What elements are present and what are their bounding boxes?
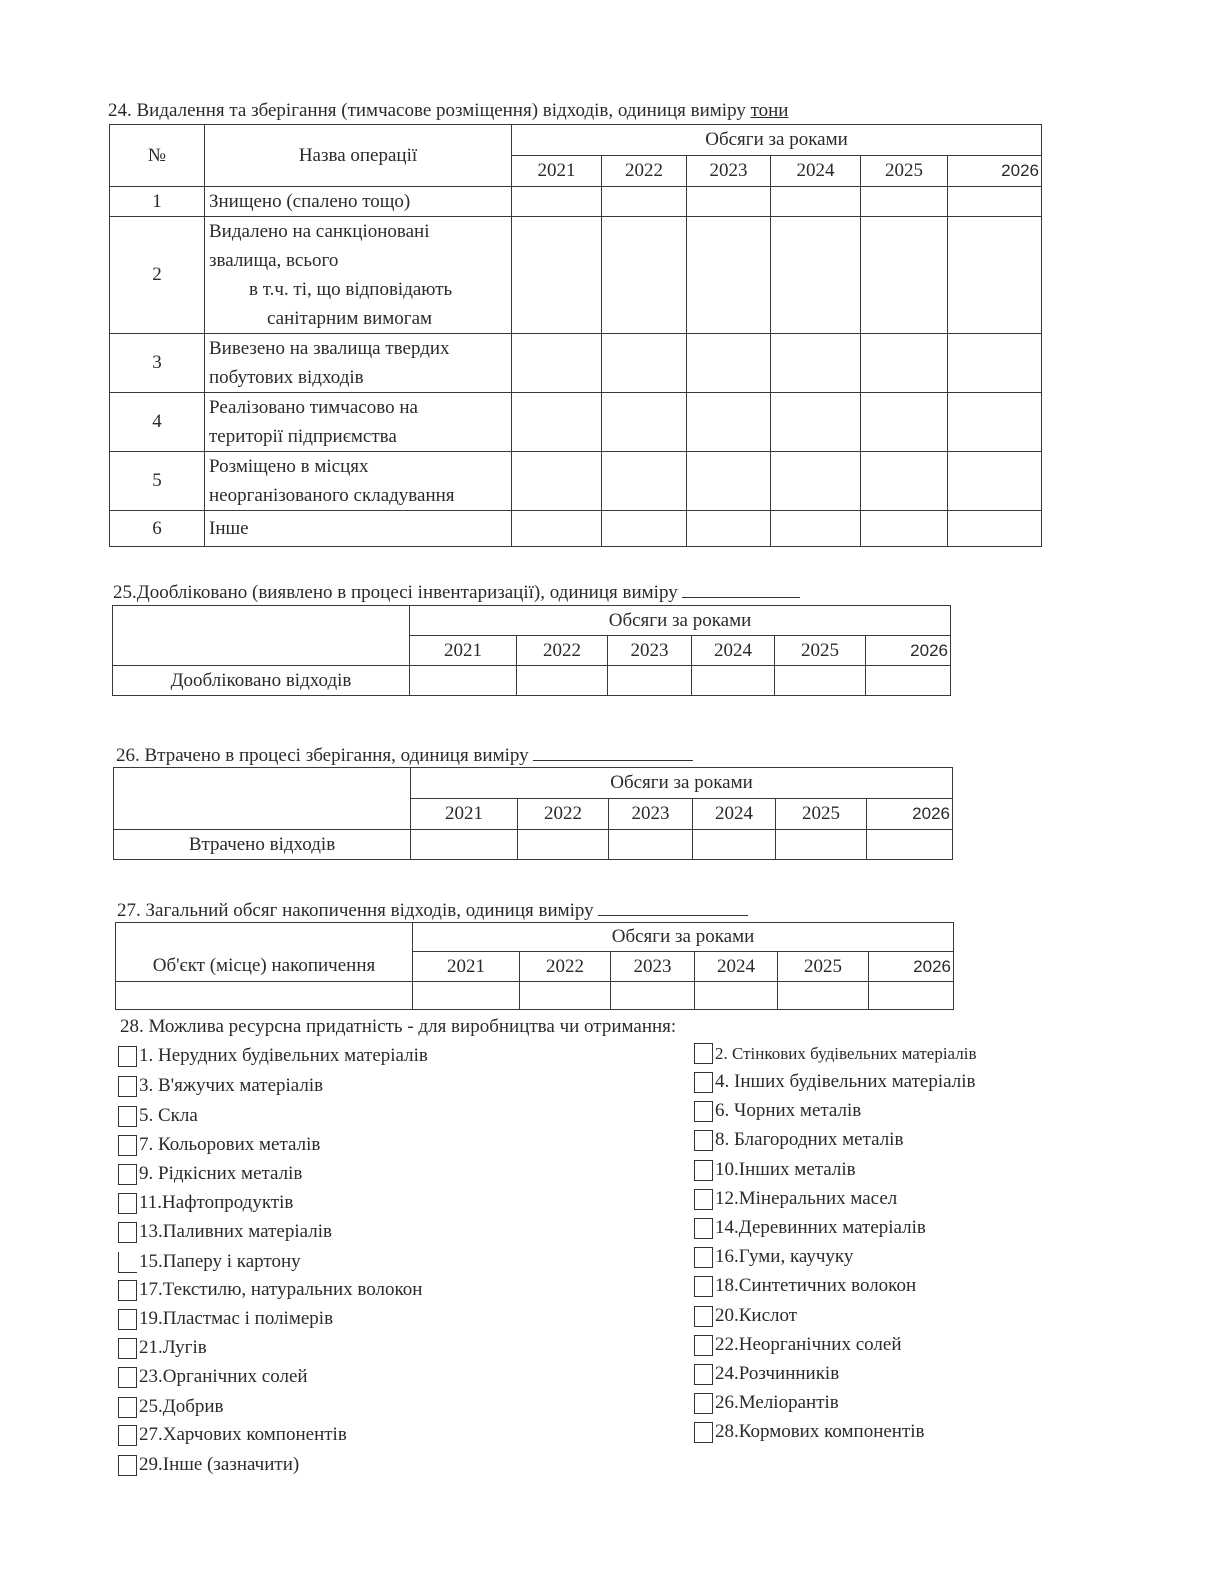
checkbox-item[interactable]: 5. Скла [118,1105,198,1127]
year-header-2025: 2025 [778,952,869,982]
operation-name-line: неорганізованого складування [209,481,511,510]
section-25-title-text: 25.Дообліковано (виявлено в процесі інве… [113,582,678,603]
checkbox-item[interactable]: 11.Нафтопродуктів [118,1192,293,1214]
year-header-2026: 2026 [948,156,1042,187]
checkbox-label: 1. Нерудних будівельних матеріалів [139,1045,428,1067]
row-number: 4 [110,393,205,452]
checkbox-label: 5. Скла [139,1105,198,1127]
section-27-table: Об'єкт (місце) накопичення Обсяги за рок… [115,922,954,1010]
checkbox-item[interactable]: 1. Нерудних будівельних матеріалів [118,1045,428,1067]
value-cell-2022[interactable] [602,393,687,452]
operation-name-line: Розміщено в місцях [209,452,511,481]
empty-header-cell [114,768,411,830]
checkbox-label: 21.Лугів [139,1337,207,1359]
checkbox[interactable] [118,1367,137,1388]
checkbox-item[interactable]: 18.Синтетичних волокон [694,1275,916,1297]
year-header-2025: 2025 [861,156,948,187]
checkbox-item[interactable]: 3. В'яжучих матеріалів [118,1075,323,1097]
checkbox-item[interactable]: 27.Харчових компонентів [118,1424,347,1446]
checkbox-label: 15.Паперу і картону [139,1251,301,1273]
checkbox[interactable] [118,1164,137,1185]
value-cell-2022[interactable] [602,187,687,217]
column-header-volumes: Обсяги за роками [512,125,1042,156]
checkbox-item[interactable]: 20.Кислот [694,1305,797,1327]
checkbox-item[interactable]: 8. Благородних металів [694,1129,903,1151]
checkbox-label: 7. Кольорових металів [139,1134,320,1156]
checkbox-label: 10.Інших металів [715,1159,856,1181]
checkbox-label: 26.Меліорантів [715,1392,839,1414]
column-header-volumes: Обсяги за роками [410,606,951,636]
checkbox[interactable] [694,1189,713,1210]
year-header-2025: 2025 [776,799,867,830]
operation-name: Видалено на санкціонованізвалища, всього… [205,217,512,334]
table-row: 3Вивезено на звалища твердихпобутових ві… [110,334,1042,393]
value-cell-2021[interactable] [410,666,517,696]
checkbox-item[interactable]: 6. Чорних металів [694,1100,861,1122]
value-cell-2023[interactable] [687,393,771,452]
row-number: 1 [110,187,205,217]
year-header-2023: 2023 [687,156,771,187]
checkbox[interactable] [694,1393,713,1414]
value-cell-2026[interactable] [948,187,1042,217]
row-label: Дообліковано відходів [113,666,410,696]
value-cell-2025[interactable] [776,830,867,860]
checkbox-item[interactable]: 22.Неорганічних солей [694,1334,901,1356]
checkbox-label: 19.Пластмас і полімерів [139,1308,333,1330]
operation-name: Вивезено на звалища твердихпобутових від… [205,334,512,393]
section-27-title-text: 27. Загальний обсяг накопичення відходів… [117,900,594,921]
checkbox-item[interactable]: 17.Текстилю, натуральних волокон [118,1279,422,1301]
value-cell-2023[interactable] [687,217,771,334]
checkbox-item[interactable]: 12.Мінеральних масел [694,1188,897,1210]
value-cell-2025[interactable] [861,393,948,452]
checkbox-item[interactable]: 2. Стінкових будівельних матеріалів [694,1043,976,1064]
checkbox-item[interactable]: 19.Пластмас і полімерів [118,1308,333,1330]
checkbox-label: 18.Синтетичних волокон [715,1275,916,1297]
checkbox[interactable] [694,1335,713,1356]
checkbox[interactable] [694,1043,713,1064]
year-header-2021: 2021 [410,636,517,666]
section-24-table: № Назва операції Обсяги за роками 202120… [109,124,1042,547]
unit-blank-field[interactable] [533,759,693,761]
checkbox[interactable] [694,1130,713,1151]
row-label: Втрачено відходів [114,830,411,860]
value-cell-2025[interactable] [861,217,948,334]
year-header-2021: 2021 [512,156,602,187]
checkbox-item[interactable]: 21.Лугів [118,1337,207,1359]
checkbox-label: 14.Деревинних матеріалів [715,1217,926,1239]
checkbox[interactable] [118,1222,137,1243]
value-cell-2021[interactable] [512,334,602,393]
year-header-2023: 2023 [611,952,695,982]
value-cell-2022[interactable] [602,452,687,511]
section-26-title-text: 26. Втрачено в процесі зберігання, одини… [116,745,529,766]
operation-name-line: санітарним вимогам [209,304,511,333]
checkbox[interactable] [118,1455,137,1476]
checkbox-item[interactable]: 26.Меліорантів [694,1392,839,1414]
year-header-2022: 2022 [517,636,608,666]
operation-name-line: території підприємства [209,422,511,451]
column-header-operation: Назва операції [205,125,512,187]
table-row: 2Видалено на санкціонованізвалища, всьог… [110,217,1042,334]
checkbox-label: 23.Органічних солей [139,1366,308,1388]
row-number: 5 [110,452,205,511]
checkbox[interactable] [694,1364,713,1385]
checkbox-label: 17.Текстилю, натуральних волокон [139,1279,422,1301]
operation-name-line: Видалено на санкціоновані [209,217,511,246]
checkbox-label: 16.Гуми, каучуку [715,1246,853,1268]
operation-name: Інше [205,511,512,547]
value-cell-2024[interactable] [771,452,861,511]
table-row: 4Реалізовано тимчасово натериторії підпр… [110,393,1042,452]
checkbox[interactable] [694,1160,713,1181]
row-number: 2 [110,217,205,334]
operation-name: Знищено (спалено тощо) [205,187,512,217]
value-cell-2025[interactable] [861,187,948,217]
operation-name-line: Вивезено на звалища твердих [209,334,511,363]
checkbox[interactable] [118,1280,137,1301]
checkbox[interactable] [118,1046,137,1067]
checkbox-label: 4. Інших будівельних матеріалів [715,1071,975,1093]
checkbox[interactable] [694,1218,713,1239]
table-row: 6Інше [110,511,1042,547]
value-cell-2023[interactable] [687,334,771,393]
checkbox-item[interactable]: 24.Розчинників [694,1363,839,1385]
checkbox[interactable] [118,1425,137,1446]
section-24-title: 24. Видалення та зберігання (тимчасове р… [108,100,788,122]
value-cell-2026[interactable] [867,830,953,860]
year-header-2024: 2024 [692,636,775,666]
year-header-2024: 2024 [771,156,861,187]
year-header-2024: 2024 [693,799,776,830]
value-cell-2023[interactable] [611,982,695,1010]
checkbox-item[interactable]: 14.Деревинних матеріалів [694,1217,926,1239]
value-cell-2026[interactable] [948,217,1042,334]
column-header-volumes: Обсяги за роками [411,768,953,799]
checkbox-label: 6. Чорних металів [715,1100,861,1122]
year-header-2023: 2023 [609,799,693,830]
value-cell-2026[interactable] [948,334,1042,393]
year-header-2026: 2026 [867,799,953,830]
year-header-2024: 2024 [695,952,778,982]
unit-blank-field[interactable] [682,596,800,598]
checkbox-label: 9. Рідкісних металів [139,1163,302,1185]
checkbox-item[interactable]: 29.Інше (зазначити) [118,1454,299,1476]
section-26-title: 26. Втрачено в процесі зберігання, одини… [116,745,693,767]
operation-name-line: Інше [209,514,511,543]
value-cell-2026[interactable] [869,982,954,1010]
value-cell-2022[interactable] [602,511,687,547]
value-cell-2026[interactable] [948,511,1042,547]
value-cell-2023[interactable] [608,666,692,696]
checkbox[interactable] [118,1106,137,1127]
checkbox-label: 28.Кормових компонентів [715,1421,925,1443]
checkbox[interactable] [694,1422,713,1443]
section-25-title: 25.Дообліковано (виявлено в процесі інве… [113,582,800,604]
section-25-table: Обсяги за роками 20212022202320242025202… [112,605,951,696]
checkbox[interactable] [118,1252,137,1273]
year-header-2021: 2021 [413,952,520,982]
year-header-2022: 2022 [602,156,687,187]
operation-name-line: Знищено (спалено тощо) [209,187,511,216]
value-cell-2026[interactable] [948,393,1042,452]
value-cell-2021[interactable] [512,452,602,511]
checkbox-label: 25.Добрив [139,1396,224,1418]
value-cell-2024[interactable] [771,393,861,452]
checkbox-item[interactable]: 16.Гуми, каучуку [694,1246,853,1268]
checkbox[interactable] [118,1338,137,1359]
unit-blank-field[interactable] [598,914,748,916]
value-cell-2025[interactable] [775,666,866,696]
column-header-volumes: Обсяги за роками [413,923,954,952]
operation-name-line: побутових відходів [209,363,511,392]
table-row: 5Розміщено в місцяхнеорганізованого скла… [110,452,1042,511]
checkbox-item[interactable]: 10.Інших металів [694,1159,856,1181]
value-cell-2023[interactable] [687,452,771,511]
checkbox-label: 22.Неорганічних солей [715,1334,901,1356]
checkbox-item[interactable]: 13.Паливних матеріалів [118,1221,332,1243]
value-cell-2026[interactable] [948,452,1042,511]
checkbox-item[interactable]: 28.Кормових компонентів [694,1421,925,1443]
checkbox[interactable] [118,1309,137,1330]
checkbox-label: 2. Стінкових будівельних матеріалів [715,1044,976,1064]
section-27-title: 27. Загальний обсяг накопичення відходів… [117,900,748,922]
checkbox-item[interactable]: 9. Рідкісних металів [118,1163,302,1185]
empty-header-cell [113,606,410,666]
value-cell-2021[interactable] [512,393,602,452]
year-header-2022: 2022 [520,952,611,982]
checkbox[interactable] [694,1101,713,1122]
value-cell-2022[interactable] [518,830,609,860]
operation-name: Реалізовано тимчасово натериторії підпри… [205,393,512,452]
operation-name-line: в т.ч. ті, що відповідають [209,275,511,304]
value-cell-2021[interactable] [512,217,602,334]
checkbox-label: 12.Мінеральних масел [715,1188,897,1210]
checkbox-item[interactable]: 4. Інших будівельних матеріалів [694,1071,975,1093]
checkbox-item[interactable]: 25.Добрив [118,1396,224,1418]
year-header-2026: 2026 [869,952,954,982]
checkbox-label: 3. В'яжучих матеріалів [139,1075,323,1097]
value-cell-2024[interactable] [695,982,778,1010]
checkbox-item[interactable]: 15.Паперу і картону [118,1251,301,1273]
value-cell-2025[interactable] [861,452,948,511]
value-cell-2024[interactable] [771,187,861,217]
value-cell-2023[interactable] [687,511,771,547]
value-cell-2025[interactable] [778,982,869,1010]
checkbox-label: 11.Нафтопродуктів [139,1192,293,1214]
checkbox[interactable] [694,1072,713,1093]
value-cell-2022[interactable] [517,666,608,696]
checkbox[interactable] [694,1306,713,1327]
value-cell-2021[interactable] [411,830,518,860]
value-cell-2024[interactable] [692,666,775,696]
value-cell-2024[interactable] [693,830,776,860]
value-cell-2021[interactable] [512,187,602,217]
value-cell-2021[interactable] [413,982,520,1010]
checkbox[interactable] [694,1247,713,1268]
column-header-no: № [110,125,205,187]
operation-name: Розміщено в місцяхнеорганізованого склад… [205,452,512,511]
checkbox[interactable] [694,1276,713,1297]
column-header-object: Об'єкт (місце) накопичення [116,923,413,982]
value-cell-2022[interactable] [602,334,687,393]
value-cell-2024[interactable] [771,217,861,334]
year-header-2026: 2026 [866,636,951,666]
checkbox-item[interactable]: 7. Кольорових металів [118,1134,320,1156]
table-row: 1Знищено (спалено тощо) [110,187,1042,217]
value-cell-2023[interactable] [609,830,693,860]
checkbox[interactable] [118,1193,137,1214]
value-cell-2026[interactable] [866,666,951,696]
value-cell-2022[interactable] [602,217,687,334]
value-cell-2024[interactable] [771,334,861,393]
row-number: 3 [110,334,205,393]
year-header-2025: 2025 [775,636,866,666]
checkbox-label: 13.Паливних матеріалів [139,1221,332,1243]
section-28-title: 28. Можлива ресурсна придатність - для в… [120,1016,676,1038]
value-cell-2024[interactable] [771,511,861,547]
value-cell-2021[interactable] [512,511,602,547]
checkbox[interactable] [118,1076,137,1097]
value-cell-2025[interactable] [861,334,948,393]
year-header-2022: 2022 [518,799,609,830]
section-26-table: Обсяги за роками 20212022202320242025202… [113,767,953,860]
value-cell-2023[interactable] [687,187,771,217]
year-header-2023: 2023 [608,636,692,666]
checkbox-label: 8. Благородних металів [715,1129,903,1151]
checkbox-item[interactable]: 23.Органічних солей [118,1366,308,1388]
value-cell-2022[interactable] [520,982,611,1010]
row-number: 6 [110,511,205,547]
checkbox[interactable] [118,1135,137,1156]
checkbox[interactable] [118,1397,137,1418]
year-header-2021: 2021 [411,799,518,830]
section-24-unit: тони [751,100,789,121]
checkbox-label: 20.Кислот [715,1305,797,1327]
operation-name-line: Реалізовано тимчасово на [209,393,511,422]
value-cell-2025[interactable] [861,511,948,547]
object-input-cell[interactable] [116,982,413,1010]
section-24-title-text: 24. Видалення та зберігання (тимчасове р… [108,100,751,121]
checkbox-label: 27.Харчових компонентів [139,1424,347,1446]
checkbox-label: 24.Розчинників [715,1363,839,1385]
operation-name-line: звалища, всього [209,246,511,275]
checkbox-label: 29.Інше (зазначити) [139,1454,299,1476]
